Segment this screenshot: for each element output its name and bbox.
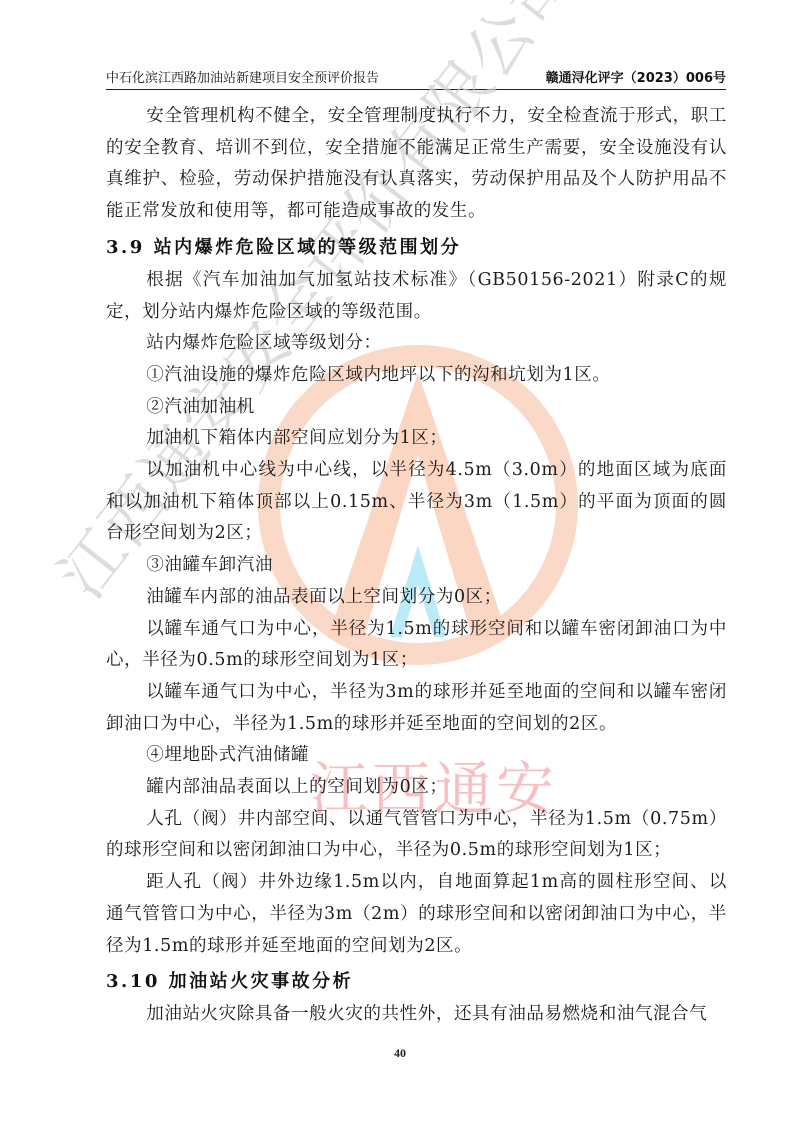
section-heading-3-10: 3.10 加油站火灾事故分析 (106, 965, 727, 999)
list-item-4-title: ④埋地卧式汽油储罐 (106, 740, 727, 772)
paragraph-zone-division-intro: 站内爆炸危险区域等级划分： (106, 328, 727, 360)
report-title: 中石化滨江西路加油站新建项目安全预评价报告 (106, 70, 379, 88)
page-header: 中石化滨江西路加油站新建项目安全预评价报告 赣通浔化评字（2023）006号 (106, 70, 726, 90)
list-item-3-title: ③油罐车卸汽油 (106, 550, 727, 582)
paragraph-tank-zone-2: 距人孔（阀）井外边缘1.5m以内，自地面算起1m高的圆柱形空间、以通气管管口为中… (106, 867, 727, 962)
report-number: 赣通浔化评字（2023）006号 (546, 70, 726, 88)
paragraph-dispenser-zone-1: 加油机下箱体内部空间应划分为1区； (106, 423, 727, 455)
paragraph-tanker-zone-1: 以罐车通气口为中心，半径为1.5m的球形空间和以罐车密闭卸油口为中心，半径为0.… (106, 614, 727, 677)
document-body: 安全管理机构不健全，安全管理制度执行不力，安全检查流于形式，职工的安全教育、培训… (106, 101, 727, 1031)
page-number: 40 (0, 1046, 800, 1061)
paragraph-safety-management: 安全管理机构不健全，安全管理制度执行不力，安全检查流于形式，职工的安全教育、培训… (106, 101, 727, 228)
section-heading-3-9: 3.9 站内爆炸危险区域的等级范围划分 (106, 231, 727, 265)
paragraph-tanker-zone-0: 油罐车内部的油品表面以上空间划分为0区； (106, 582, 727, 614)
paragraph-tank-zone-1: 人孔（阀）井内部空间、以通气管管口为中心，半径为1.5m（0.75m）的球形空间… (106, 804, 727, 867)
list-item-2-title: ②汽油加油机 (106, 392, 727, 424)
list-item-1: ①汽油设施的爆炸危险区域内地坪以下的沟和坑划为1区。 (106, 360, 727, 392)
paragraph-tank-zone-0: 罐内部油品表面以上的空间划为0区； (106, 772, 727, 804)
paragraph-dispenser-zone-2: 以加油机中心线为中心线，以半径为4.5m（3.0m）的地面区域为底面和以加油机下… (106, 455, 727, 550)
paragraph-standard-reference: 根据《汽车加油加气加氢站技术标准》（GB50156-2021）附录C的规定，划分… (106, 265, 727, 328)
paragraph-fire-analysis: 加油站火灾除具备一般火灾的共性外，还具有油品易燃烧和油气混合气 (106, 999, 727, 1031)
paragraph-tanker-zone-2: 以罐车通气口为中心，半径为3m的球形并延至地面的空间和以罐车密闭卸油口为中心，半… (106, 677, 727, 740)
